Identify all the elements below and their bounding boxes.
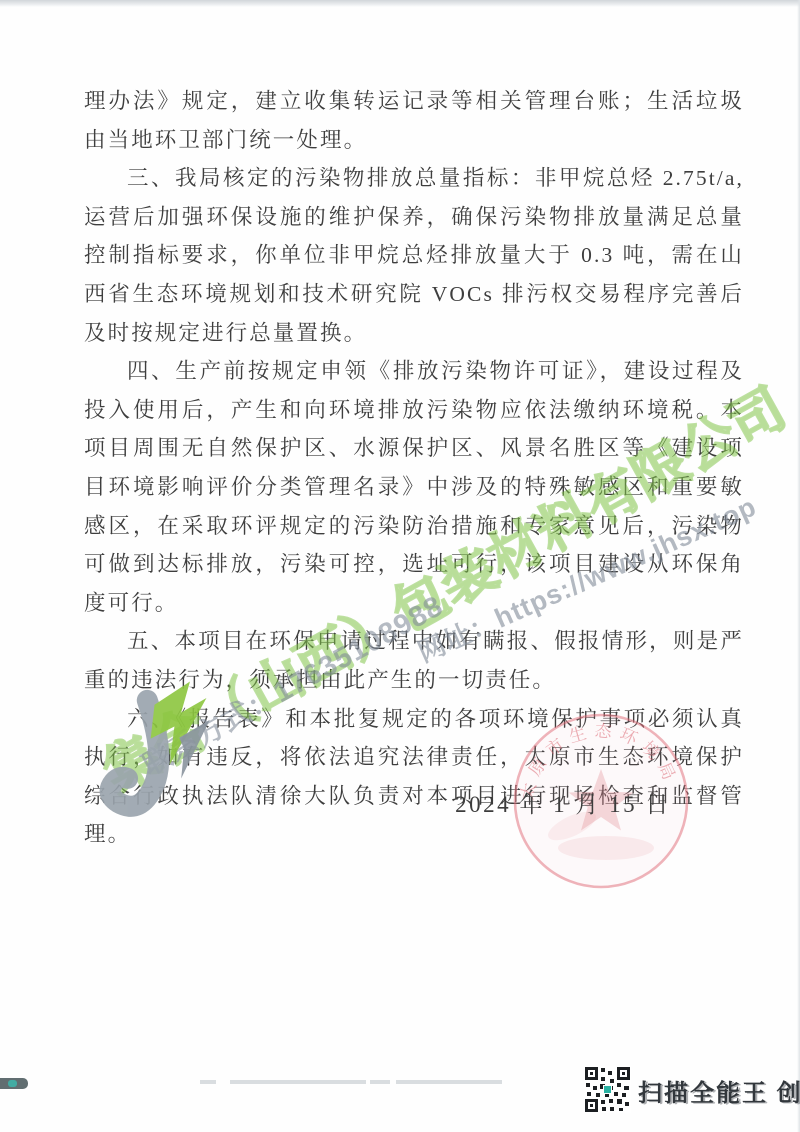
- scan-streak: [396, 1080, 502, 1084]
- scanner-app-note: 扫描全能王 创建: [638, 1073, 800, 1108]
- paragraph-item-5: 五、本项目在环保申请过程中如有瞒报、假报情形，则是严重的违法行为，须承担由此产生…: [84, 622, 744, 699]
- paragraph-item-6: 六、《报告表》和本批复规定的各项环境保护事项必须认真执行，如有违反，将依法追究法…: [84, 700, 744, 854]
- scanned-document-page: 理办法》规定，建立收集转运记录等相关管理台账；生活垃圾由当地环卫部门统一处理。 …: [0, 0, 800, 1132]
- document-body: 理办法》规定，建立收集转运记录等相关管理台账；生活垃圾由当地环卫部门统一处理。 …: [84, 82, 744, 854]
- scan-edge-top: [0, 0, 800, 7]
- paragraph-continuation: 理办法》规定，建立收集转运记录等相关管理台账；生活垃圾由当地环卫部门统一处理。: [84, 82, 744, 159]
- scan-streak: [200, 1080, 216, 1084]
- paragraph-item-3: 三、我局核定的污染物排放总量指标：非甲烷总烃 2.75t/a,运营后加强环保设施…: [84, 159, 744, 352]
- qr-code-icon: [584, 1066, 631, 1113]
- scan-streak: [230, 1080, 366, 1084]
- scan-artifact: [8, 1080, 17, 1087]
- document-date: 2024 年 1 月 15 日: [428, 786, 698, 819]
- qr-center-logo: [604, 1086, 611, 1093]
- scan-streak: [370, 1080, 390, 1084]
- paragraph-item-4: 四、生产前按规定申领《排放污染物许可证》，建设过程及投入使用后，产生和向环境排放…: [84, 352, 744, 622]
